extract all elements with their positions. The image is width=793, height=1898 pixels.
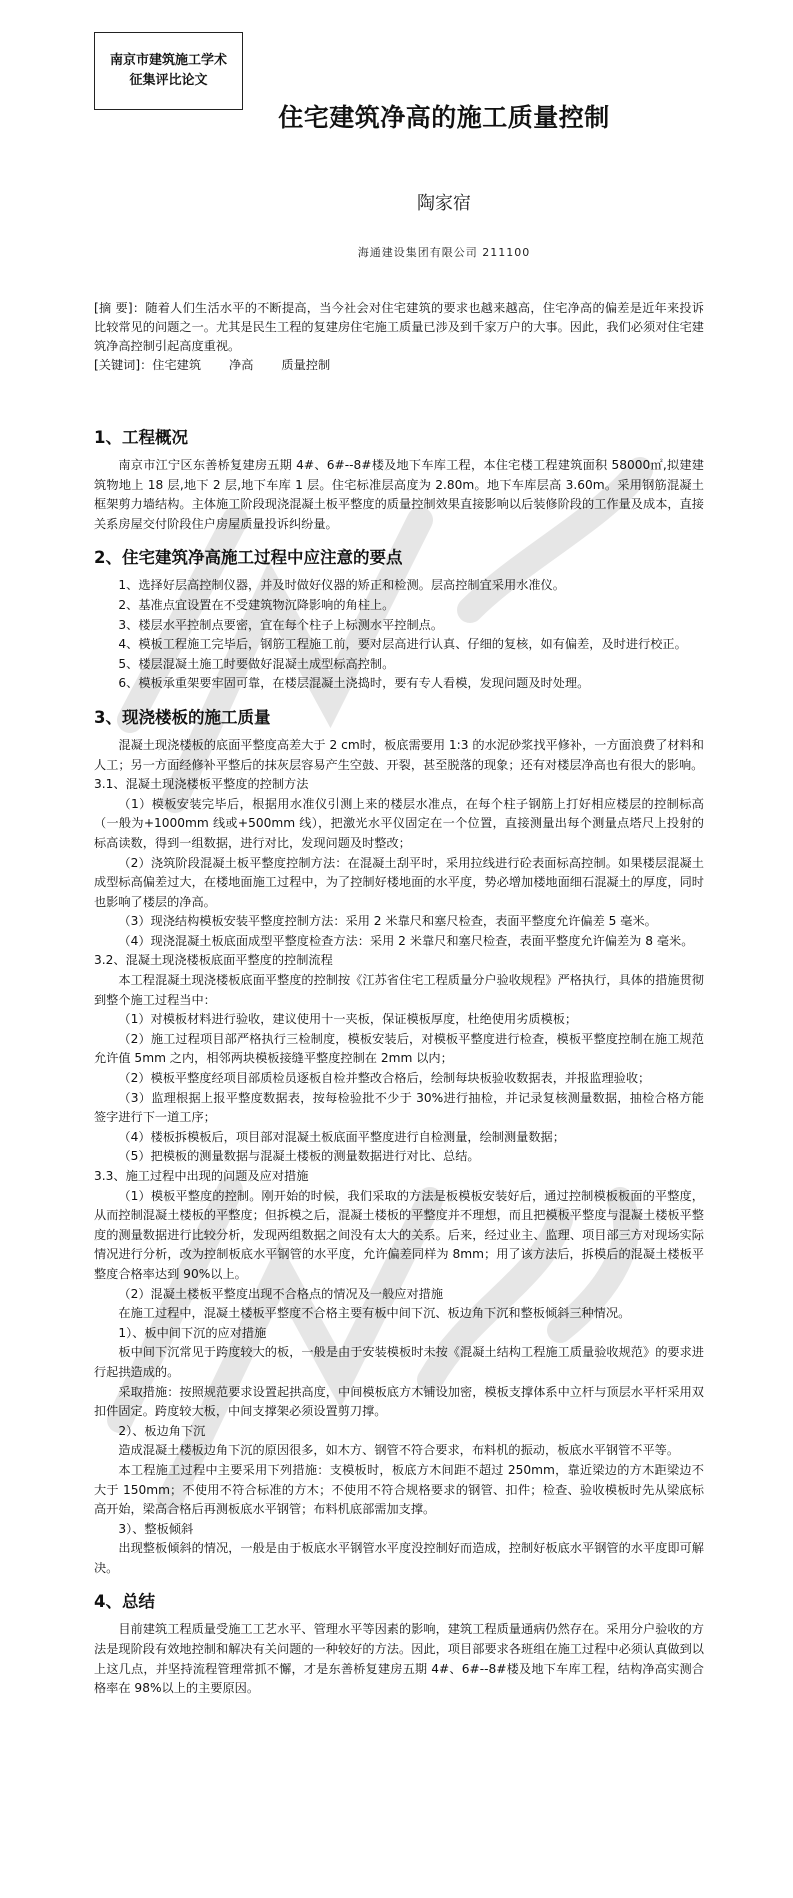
list-item: （1）模板安装完毕后，根据用水准仪引测上来的楼层水准点，在每个柱子钢筋上打好相应… xyxy=(94,795,704,854)
paragraph: （1）模板平整度的控制。刚开始的时候，我们采取的方法是板模板安装好后，通过控制模… xyxy=(94,1187,704,1285)
paragraph: 本工程施工过程中主要采用下列措施：支模板时，板底方木间距不超过 250mm，靠近… xyxy=(94,1461,704,1520)
paragraph: 目前建筑工程质量受施工工艺水平、管理水平等因素的影响，建筑工程质量通病仍然存在。… xyxy=(94,1620,704,1698)
section-heading-1: 1、工程概况 xyxy=(94,426,704,450)
keyword: 住宅建筑 xyxy=(152,358,201,372)
list-item: 4、模板工程施工完毕后，钢筋工程施工前，要对层高进行认真、仔细的复核，如有偏差，… xyxy=(94,635,704,655)
sub-heading: 2）、板边角下沉 xyxy=(94,1422,704,1442)
abstract-paragraph: [摘 要]：随着人们生活水平的不断提高，当今社会对住宅建筑的要求也越来越高，住宅… xyxy=(94,299,704,356)
paragraph: 在施工过程中，混凝土楼板平整度不合格主要有板中间下沉、板边角下沉和整板倾斜三种情… xyxy=(94,1304,704,1324)
author-name: 陶家宿 xyxy=(94,189,704,215)
label-line-2: 征集评比论文 xyxy=(129,71,207,91)
keywords-line: [关键词]：住宅建筑净高质量控制 xyxy=(94,356,704,375)
section-heading-2: 2、住宅建筑净高施工过程中应注意的要点 xyxy=(94,546,704,570)
list-item: （4）现浇混凝土板底面成型平整度检查方法：采用 2 米靠尺和塞尺检查，表面平整度… xyxy=(94,932,704,952)
list-item: 5、楼层混凝土施工时要做好混凝土成型标高控制。 xyxy=(94,655,704,675)
paragraph: 本工程混凝土现浇楼板底面平整度的控制按《江苏省住宅工程质量分户验收规程》严格执行… xyxy=(94,971,704,1010)
keyword: 质量控制 xyxy=(281,358,330,372)
list-item: （3）现浇结构模板安装平整度控制方法：采用 2 米靠尺和塞尺检查，表面平整度允许… xyxy=(94,912,704,932)
paragraph: 采取措施：按照规范要求设置起拱高度，中间模板底方木铺设加密，模板支撑体系中立杆与… xyxy=(94,1383,704,1422)
label-line-1: 南京市建筑施工学术 xyxy=(110,51,227,71)
list-item: 6、模板承重架要牢固可靠，在楼层混凝土浇捣时，要有专人看模，发现问题及时处理。 xyxy=(94,674,704,694)
body-content: 1、工程概况 南京市江宁区东善桥复建房五期 4#、6#--8#楼及地下车库工程，… xyxy=(94,414,704,1699)
author-name-text: 陶家宿 xyxy=(417,189,471,215)
affiliation: 海通建设集团有限公司 211100 xyxy=(94,244,704,260)
subsection-heading-3-2: 3.2、混凝土现浇楼板底面平整度的控制流程 xyxy=(94,951,704,971)
paragraph: 南京市江宁区东善桥复建房五期 4#、6#--8#楼及地下车库工程，本住宅楼工程建… xyxy=(94,456,704,534)
affiliation-text: 海通建设集团有限公司 211100 xyxy=(358,244,531,260)
list-item: （3）监理根据上报平整度数据表，按每检验批不少于 30%进行抽检，并记录复核测量… xyxy=(94,1089,704,1128)
sub-heading: 1）、板中间下沉的应对措施 xyxy=(94,1324,704,1344)
list-item: （2）施工过程项目部严格执行三检制度，模板安装后，对模板平整度进行检查，模板平整… xyxy=(94,1030,704,1069)
paragraph: 造成混凝土楼板边角下沉的原因很多，如木方、钢管不符合要求，布料机的振动，板底水平… xyxy=(94,1441,704,1461)
list-item: （2）浇筑阶段混凝土板平整度控制方法：在混凝土刮平时，采用拉线进行砼表面标高控制… xyxy=(94,854,704,913)
list-item: （1）对模板材料进行验收，建议使用十一夹板，保证模板厚度，杜绝使用劣质模板； xyxy=(94,1010,704,1030)
paragraph: 混凝土现浇楼板的底面平整度高差大于 2 cm时，板底需要用 1:3 的水泥砂浆找… xyxy=(94,736,704,775)
section-heading-4: 4、总结 xyxy=(94,1590,704,1614)
paragraph-title: （2）混凝土楼板平整度出现不合格点的情况及一般应对措施 xyxy=(94,1285,704,1305)
sub-heading: 3）、整板倾斜 xyxy=(94,1520,704,1540)
subsection-heading-3-1: 3.1、混凝土现浇楼板平整度的控制方法 xyxy=(94,775,704,795)
section-heading-3: 3、现浇楼板的施工质量 xyxy=(94,706,704,730)
list-item: （2）模板平整度经项目部质检员逐板自检并整改合格后，绘制每块板验收数据表，并报监… xyxy=(94,1069,704,1089)
abstract-text: 随着人们生活水平的不断提高，当今社会对住宅建筑的要求也越来越高，住宅净高的偏差是… xyxy=(94,301,704,353)
subsection-heading-3-3: 3.3、施工过程中出现的问题及应对措施 xyxy=(94,1167,704,1187)
keyword: 净高 xyxy=(229,358,253,372)
paragraph: 出现整板倾斜的情况，一般是由于板底水平钢管水平度没控制好而造成，控制好板底水平钢… xyxy=(94,1539,704,1578)
abstract-block: [摘 要]：随着人们生活水平的不断提高，当今社会对住宅建筑的要求也越来越高，住宅… xyxy=(94,299,704,375)
list-item: （5）把模板的测量数据与混凝土楼板的测量数据进行对比、总结。 xyxy=(94,1147,704,1167)
list-item: 3、楼层水平控制点要密，宜在每个柱子上标测水平控制点。 xyxy=(94,616,704,636)
abstract-label: [摘 要]： xyxy=(94,301,145,315)
paragraph: 板中间下沉常见于跨度较大的板，一般是由于安装模板时未按《混凝土结构工程施工质量验… xyxy=(94,1343,704,1382)
paper-title-text: 住宅建筑净高的施工质量控制 xyxy=(278,98,610,134)
keywords-label: [关键词]： xyxy=(94,358,152,372)
list-item: 1、选择好层高控制仪器，并及时做好仪器的矫正和检测。层高控制宜采用水准仪。 xyxy=(94,576,704,596)
paper-title: 住宅建筑净高的施工质量控制 xyxy=(94,98,704,134)
list-item: 2、基准点宜设置在不受建筑物沉降影响的角柱上。 xyxy=(94,596,704,616)
list-item: （4）楼板拆模板后，项目部对混凝土板底面平整度进行自检测量，绘制测量数据； xyxy=(94,1128,704,1148)
